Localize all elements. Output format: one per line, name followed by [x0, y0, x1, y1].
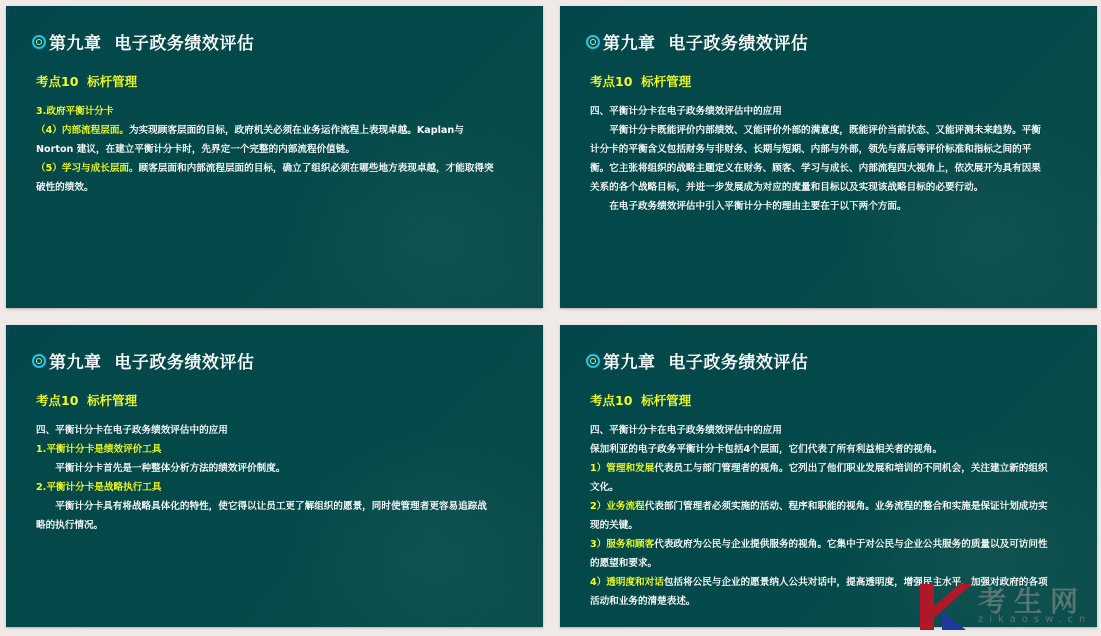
slide-3: 第九章 电子政务绩效评估 考点10 标杆管理 四、平衡计分卡在电子政务绩效评估中…: [6, 325, 543, 627]
slide-body: 3.政府平衡计分卡 （4）内部流程层面。为实现顾客层面的目标，政府机关必须在业务…: [36, 102, 495, 197]
slide-subtitle: 考点10 标杆管理: [36, 72, 137, 90]
body-line: 2）业务流程代表部门管理者必须实施的活动、程序和职能的视角。业务流程的整合和实施…: [590, 497, 1049, 535]
highlight-term: 2）业务流程: [590, 501, 645, 512]
body-line: 平衡计分卡首先是一种整体分析方法的绩效评价制度。: [36, 459, 495, 478]
k-logo-icon: [920, 584, 972, 630]
body-text: 平衡计分卡首先是一种整体分析方法的绩效评价制度。: [55, 463, 285, 474]
body-line: （4）内部流程层面。为实现顾客层面的目标，政府机关必须在业务运作流程上表现卓越。…: [36, 121, 495, 159]
body-line: 1.平衡计分卡是绩效评价工具: [36, 440, 495, 459]
body-line: 平衡计分卡具有将战略具体化的特性，使它得以让员工更了解组织的愿景，同时使管理者更…: [36, 497, 495, 535]
highlight-term: 4）透明度和对话: [590, 577, 664, 588]
section-heading: 四、平衡计分卡在电子政务绩效评估中的应用: [590, 425, 782, 436]
body-text: 平衡计分卡具有将战略具体化的特性，使它得以让员工更了解组织的愿景，同时使管理者更…: [36, 501, 487, 531]
slide-body: 四、平衡计分卡在电子政务绩效评估中的应用 平衡计分卡既能评价内部绩效、又能评价外…: [590, 102, 1049, 216]
body-text: 代表员工与部门管理者的视角。它列出了他们职业发展和培训的不同机会，关注建立新的组…: [590, 463, 1048, 493]
body-line: 2.平衡计分卡是战略执行工具: [36, 478, 495, 497]
slide-title-row: 第九章 电子政务绩效评估: [586, 29, 808, 54]
section-heading: 3.政府平衡计分卡: [36, 106, 113, 117]
slide-subtitle: 考点10 标杆管理: [590, 391, 691, 409]
slide-title: 第九章 电子政务绩效评估: [603, 348, 808, 373]
slide-title-row: 第九章 电子政务绩效评估: [586, 348, 808, 373]
highlight-term: （4）内部流程层面。: [36, 125, 129, 136]
body-line: 在电子政务绩效评估中引入平衡计分卡的理由主要在于以下两个方面。: [590, 197, 1049, 216]
body-line: 四、平衡计分卡在电子政务绩效评估中的应用: [590, 421, 1049, 440]
slide-title: 第九章 电子政务绩效评估: [49, 348, 254, 373]
body-text: 代表政府为公民与企业提供服务的视角。它集中于对公民与企业公共服务的质量以及可访问…: [590, 539, 1048, 569]
body-text: 平衡计分卡既能评价内部绩效、又能评价外部的满意度，既能评价当前状态、又能评测未来…: [590, 125, 1041, 193]
highlight-term: 1）管理和发展: [590, 463, 654, 474]
body-text: 保加利亚的电子政务平衡计分卡包括4个层面，它们代表了所有利益相关者的视角。: [590, 444, 942, 455]
body-text: 代表部门管理者必须实施的活动、程序和职能的视角。业务流程的整合和实施是保证计划成…: [590, 501, 1048, 531]
section-heading: 四、平衡计分卡在电子政务绩效评估中的应用: [590, 106, 782, 117]
bullseye-circle-icon: [32, 35, 46, 49]
watermark: 考生网 zikaosw.cn: [912, 578, 1101, 630]
slide-title-row: 第九章 电子政务绩效评估: [32, 29, 254, 54]
body-line: 平衡计分卡既能评价内部绩效、又能评价外部的满意度，既能评价当前状态、又能评测未来…: [590, 121, 1049, 197]
bullseye-circle-icon: [586, 35, 600, 49]
body-line: 1）管理和发展代表员工与部门管理者的视角。它列出了他们职业发展和培训的不同机会，…: [590, 459, 1049, 497]
slide-title-row: 第九章 电子政务绩效评估: [32, 348, 254, 373]
body-line: 四、平衡计分卡在电子政务绩效评估中的应用: [36, 421, 495, 440]
slide-title: 第九章 电子政务绩效评估: [603, 29, 808, 54]
slide-title: 第九章 电子政务绩效评估: [49, 29, 254, 54]
highlight-term: （5）学习与成长层面。: [36, 163, 139, 174]
slide-body: 四、平衡计分卡在电子政务绩效评估中的应用 1.平衡计分卡是绩效评价工具 平衡计分…: [36, 421, 495, 535]
highlight-term: 3）服务和顾客: [590, 539, 654, 550]
watermark-url: zikaosw.cn: [978, 614, 1091, 625]
body-line: （5）学习与成长层面。顾客层面和内部流程层面的目标，确立了组织必须在哪些地方表现…: [36, 159, 495, 197]
highlight-heading: 2.平衡计分卡是战略执行工具: [36, 482, 161, 493]
slide-2: 第九章 电子政务绩效评估 考点10 标杆管理 四、平衡计分卡在电子政务绩效评估中…: [560, 6, 1097, 308]
body-line: 3）服务和顾客代表政府为公民与企业提供服务的视角。它集中于对公民与企业公共服务的…: [590, 535, 1049, 573]
slide-1: 第九章 电子政务绩效评估 考点10 标杆管理 3.政府平衡计分卡 （4）内部流程…: [6, 6, 543, 308]
slide-subtitle: 考点10 标杆管理: [36, 391, 137, 409]
body-line: 四、平衡计分卡在电子政务绩效评估中的应用: [590, 102, 1049, 121]
body-line: 保加利亚的电子政务平衡计分卡包括4个层面，它们代表了所有利益相关者的视角。: [590, 440, 1049, 459]
section-heading: 四、平衡计分卡在电子政务绩效评估中的应用: [36, 425, 228, 436]
body-text: 在电子政务绩效评估中引入平衡计分卡的理由主要在于以下两个方面。: [609, 201, 906, 212]
bullseye-circle-icon: [32, 354, 46, 368]
highlight-heading: 1.平衡计分卡是绩效评价工具: [36, 444, 161, 455]
bullseye-circle-icon: [586, 354, 600, 368]
body-line: 3.政府平衡计分卡: [36, 102, 495, 121]
slide-subtitle: 考点10 标杆管理: [590, 72, 691, 90]
